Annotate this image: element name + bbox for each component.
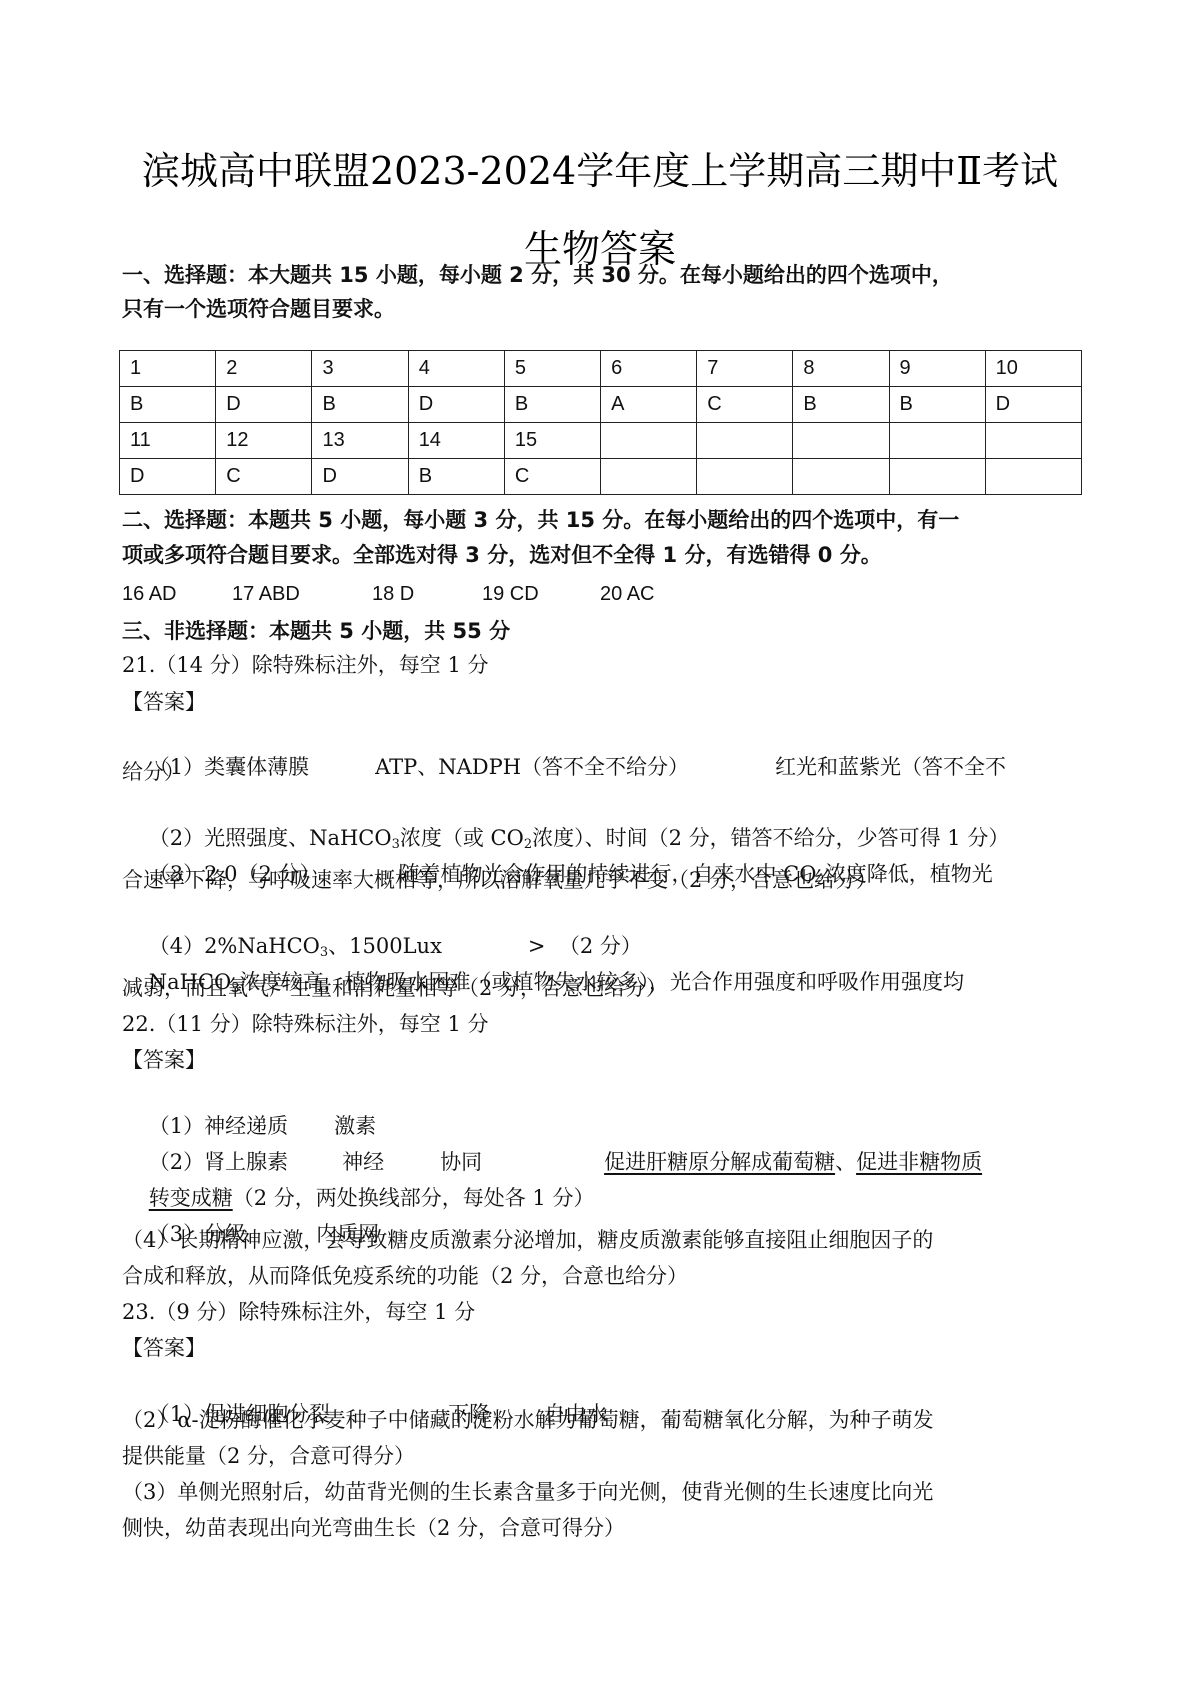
table-cell [697,423,793,459]
table-cell [793,423,889,459]
table-cell: B [120,387,216,423]
table-cell: 8 [793,351,889,387]
answer-16: 16 AD [122,583,176,606]
table-cell: 11 [120,423,216,459]
table-cell: B [889,387,985,423]
table-cell: 14 [408,423,504,459]
table-cell: D [120,459,216,495]
q22-header: 22.（11 分）除特殊标注外，每空 1 分 [122,1009,1082,1039]
table-cell [889,423,985,459]
table-cell: B [793,387,889,423]
table-cell: 13 [312,423,408,459]
answer-17: 17 ABD [232,583,300,606]
table-cell [697,459,793,495]
answer-sheet-page: 滨城高中联盟2023-2024学年度上学期高三期中Ⅱ考试 生物答案 一、选择题：… [0,0,1200,1695]
q21-part1-cont: 给分） [122,757,1082,787]
table-cell: C [504,459,600,495]
table-cell [889,459,985,495]
answer-table: 1 2 3 4 5 6 7 8 9 10 B D B D B A C B B [119,350,1082,495]
table-cell: D [216,387,312,423]
table-cell: D [312,459,408,495]
q23-part2-cont: 提供能量（2 分，合意可得分） [122,1441,1082,1471]
table-cell [985,459,1081,495]
table-cell: 4 [408,351,504,387]
table-cell: C [216,459,312,495]
table-row: 11 12 13 14 15 [120,423,1082,459]
table-cell: 15 [504,423,600,459]
answer-19: 19 CD [482,583,539,606]
section2-heading-line1: 二、选择题：本题共 5 小题，每小题 3 分，共 15 分。在每小题给出的四个选… [122,505,1082,535]
q21-header: 21.（14 分）除特殊标注外，每空 1 分 [122,650,1082,680]
q22-part4-cont: 合成和释放，从而降低免疫系统的功能（2 分，合意也给分） [122,1261,1082,1291]
section1-heading-line2: 只有一个选项符合题目要求。 [122,294,1082,324]
q21-part4-explain-cont: 减弱，而且氧气产生量和消耗量相等（2 分，合意也给分） [122,973,1082,1003]
table-cell: A [601,387,697,423]
table-cell: 1 [120,351,216,387]
table-cell [601,423,697,459]
q23-answer-label: 【答案】 [122,1333,1082,1363]
answer-20: 20 AC [600,583,654,606]
q23-part2: （2）α-淀粉酶催化小麦种子中储藏的淀粉水解为葡萄糖，葡萄糖氧化分解，为种子萌发 [122,1405,1082,1435]
table-cell: 10 [985,351,1081,387]
section2-heading-line2: 项或多项符合题目要求。全部选对得 3 分，选对但不全得 1 分，有选错得 0 分… [122,540,1082,570]
table-cell: 2 [216,351,312,387]
table-row: D C D B C [120,459,1082,495]
table-cell: 3 [312,351,408,387]
table-cell: 6 [601,351,697,387]
q22-part4: （4）长期精神应激，会导致糖皮质激素分泌增加，糖皮质激素能够直接阻止细胞因子的 [122,1225,1082,1255]
answer-18: 18 D [372,583,414,606]
section1-heading-line1: 一、选择题：本大题共 15 小题，每小题 2 分，共 30 分。在每小题给出的四… [122,260,1082,290]
table-row: 1 2 3 4 5 6 7 8 9 10 [120,351,1082,387]
q23-header: 23.（9 分）除特殊标注外，每空 1 分 [122,1297,1082,1327]
section3-heading: 三、非选择题：本题共 5 小题，共 55 分 [122,616,1082,646]
table-cell: C [697,387,793,423]
document-title: 滨城高中联盟2023-2024学年度上学期高三期中Ⅱ考试 [0,140,1200,195]
table-cell: 12 [216,423,312,459]
table-cell [793,459,889,495]
table-cell: D [408,387,504,423]
q23-part3: （3）单侧光照射后，幼苗背光侧的生长素含量多于向光侧，使背光侧的生长速度比向光 [122,1477,1082,1507]
q21-part3-cont: 合速率下降，与呼吸速率大概相等，所以溶解氧量几乎不变（2 分，合意也给分） [122,865,1082,895]
table-cell: D [985,387,1081,423]
q23-part3-cont: 侧快，幼苗表现出向光弯曲生长（2 分，合意可得分） [122,1513,1082,1543]
table-cell: B [312,387,408,423]
table-cell: 7 [697,351,793,387]
q21-answer-label: 【答案】 [122,687,1082,717]
table-cell: 5 [504,351,600,387]
q22-answer-label: 【答案】 [122,1045,1082,1075]
table-cell [985,423,1081,459]
table-row: B D B D B A C B B D [120,387,1082,423]
table-cell: B [504,387,600,423]
table-cell: B [408,459,504,495]
table-cell: 9 [889,351,985,387]
table-cell [601,459,697,495]
